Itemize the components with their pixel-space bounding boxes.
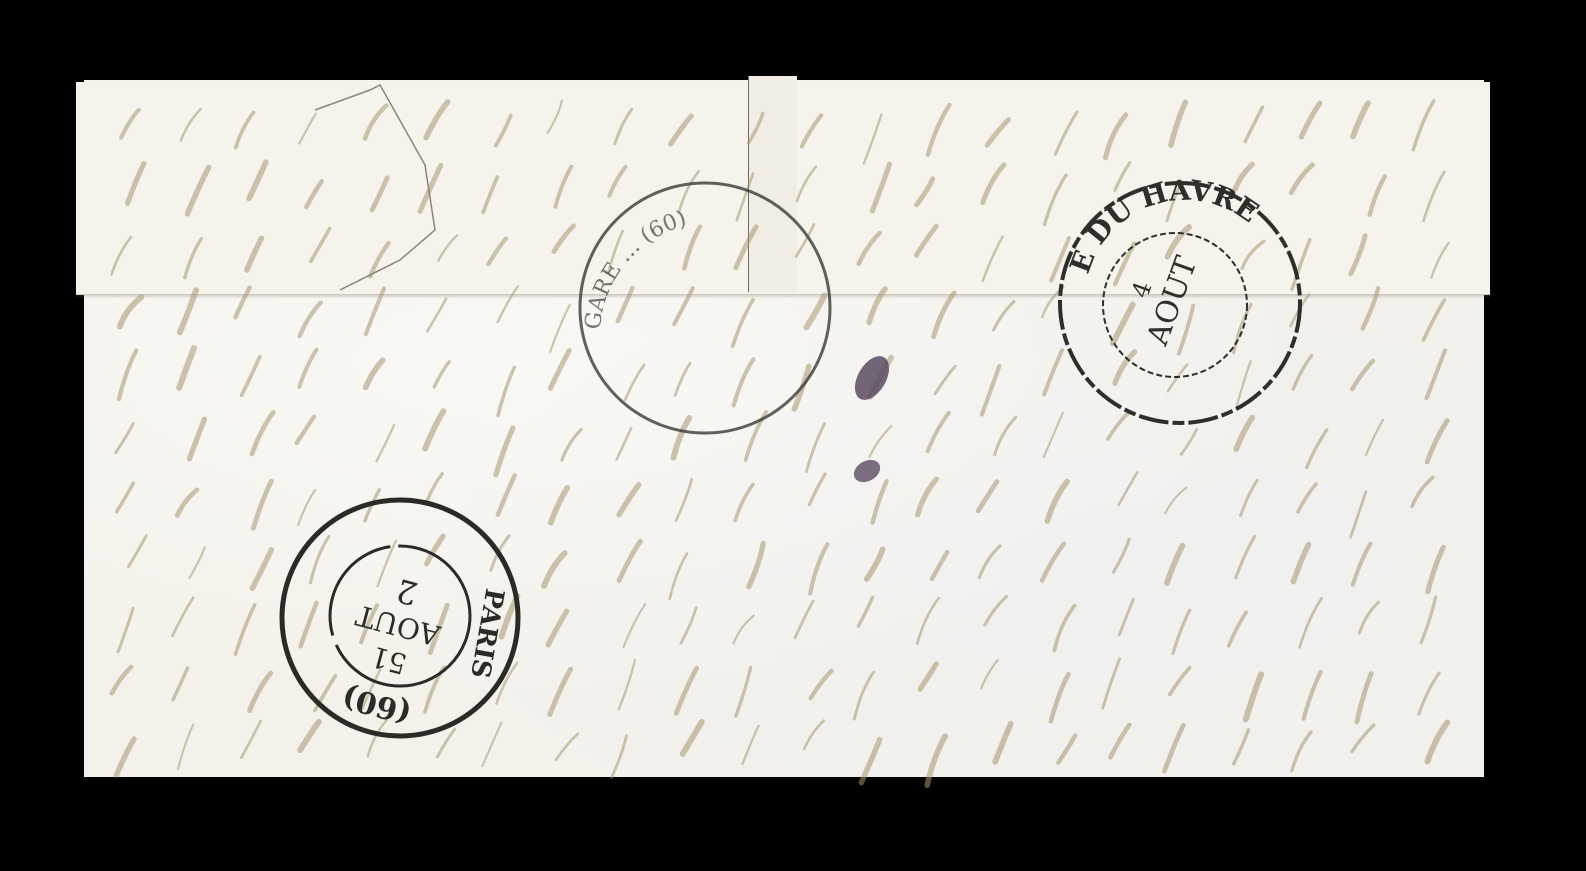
folded-paper-strip [748, 76, 797, 292]
